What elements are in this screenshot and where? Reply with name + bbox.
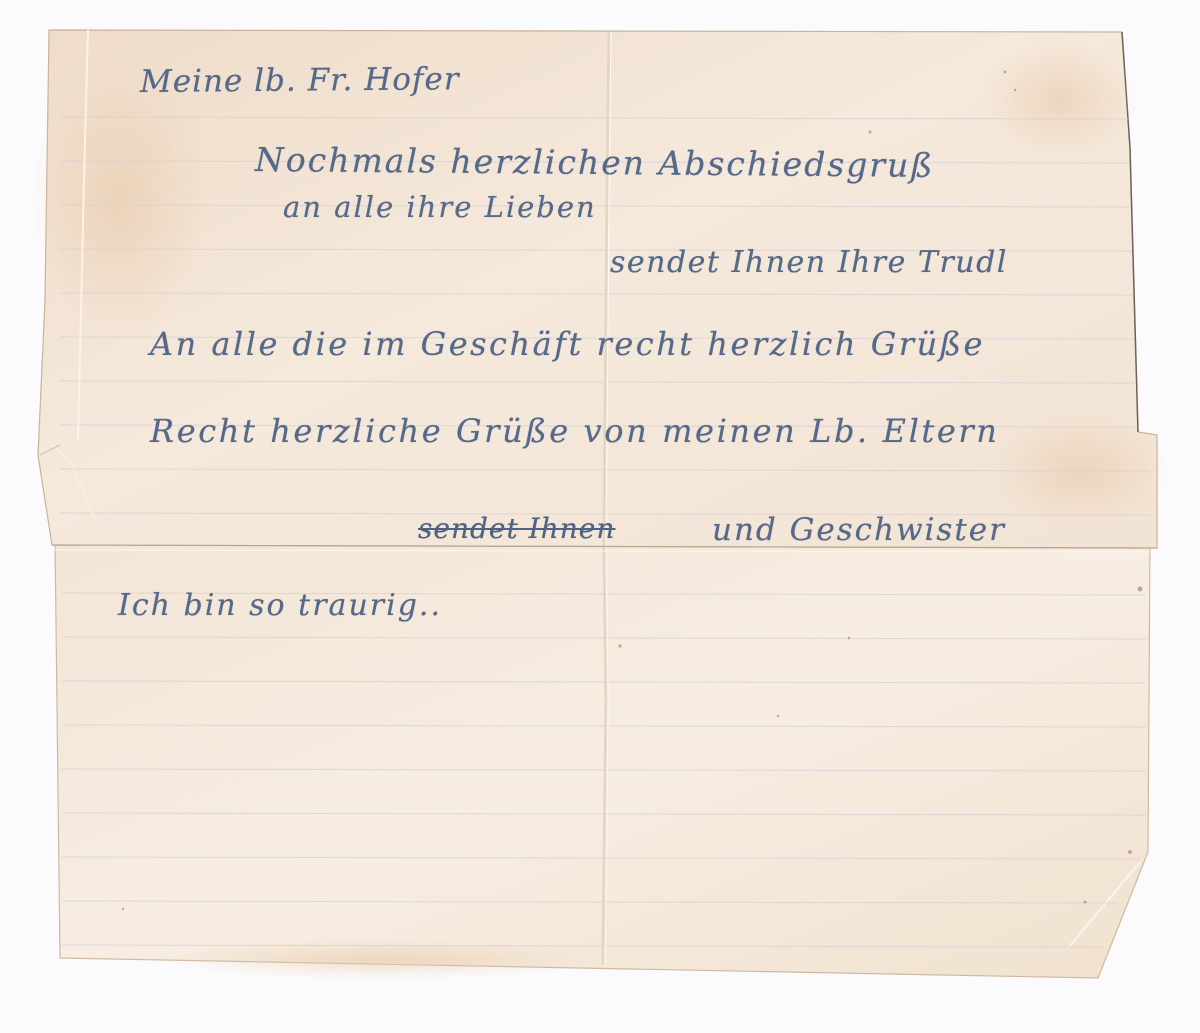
letter-parents-greeting: Recht herzliche Grüße von meinen Lb. Elt… [150,412,1000,450]
letter-siblings: und Geschwister [712,512,1006,548]
letter-greeting: Meine lb. Fr. Hofer [140,61,460,100]
letter-signoff: sendet Ihnen Ihre Trudl [610,245,1008,280]
letter-struck-text: sendet Ihnen [418,512,615,545]
letter-farewell-line1: Nochmals herzlichen Abschiedsgruß [255,140,935,185]
letter-shop-greeting: An alle die im Geschäft recht herzlich G… [150,325,985,363]
letter-closing: Ich bin so traurig.. [118,588,442,623]
letter-farewell-line2: an alle ihre Lieben [283,190,597,224]
letter-sheet: Meine lb. Fr. Hofer Nochmals herzlichen … [0,0,1200,1033]
